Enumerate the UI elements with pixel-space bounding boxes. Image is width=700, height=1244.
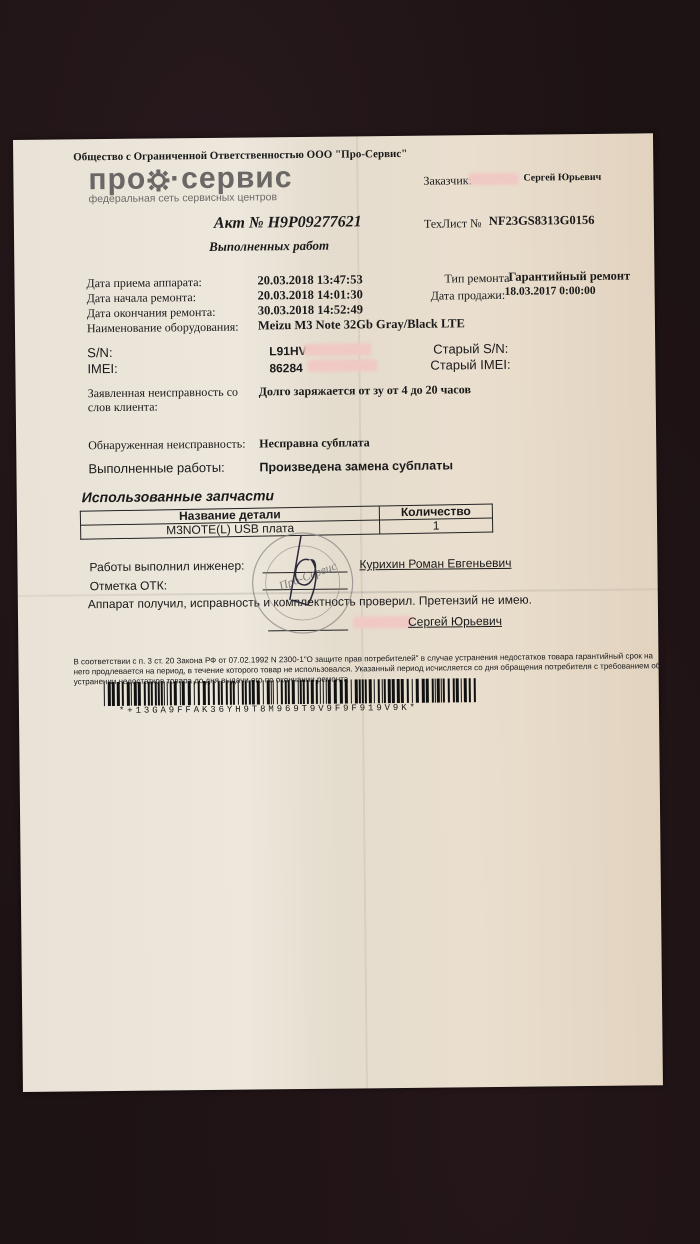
barcode-bar (303, 680, 305, 704)
company-logo: про·сервис федеральная сеть сервисных це… (88, 163, 292, 205)
barcode-bar (263, 680, 264, 704)
stamp-seal-icon: Про-Сервис (249, 529, 356, 636)
barcode-bar (194, 681, 195, 705)
equipment-value: Meizu M3 Note 32Gb Gray/Black LTE (258, 316, 465, 333)
barcode-bar (188, 681, 191, 705)
barcode-bar (464, 678, 467, 702)
sn-label: S/N: (87, 345, 112, 360)
barcode-bar (378, 679, 380, 703)
act-value: H9P09277621 (267, 213, 361, 231)
barcode-bar (198, 681, 200, 705)
barcode-bar (203, 681, 206, 705)
barcode-bar (164, 681, 165, 705)
found-fault-value: Несправна субплата (259, 435, 370, 451)
barcode-bar (448, 678, 450, 702)
barcode-bar (328, 680, 331, 704)
part-qty: 1 (379, 518, 492, 534)
barcode-bar (316, 680, 318, 704)
barcode-bar (218, 681, 220, 705)
barcode-bar (392, 679, 395, 703)
barcode-bar (238, 681, 239, 705)
redaction (353, 616, 413, 629)
barcode-bar (122, 682, 124, 706)
barcode-bar (112, 682, 115, 706)
gear-icon (147, 169, 169, 191)
barcode-bar (300, 680, 302, 704)
barcode-bar (320, 680, 321, 704)
act-subtitle: Выполненных работ (209, 238, 329, 255)
act-label: Акт № (214, 214, 264, 232)
old-imei-label: Старый IMEI: (430, 357, 510, 373)
barcode-text: *+13GA9FFAK36YH9T8M969T9V9F9F919V9K* (119, 703, 418, 716)
engineer-label: Работы выполнил инженер: (89, 559, 244, 575)
complaint-label: Заявленная неисправность со слов клиента… (88, 385, 239, 415)
barcode-bar (230, 681, 232, 705)
barcode-bar (334, 680, 337, 704)
barcode-bar (474, 678, 476, 702)
barcode-bar (345, 680, 348, 704)
barcode-bar (384, 679, 386, 703)
client-signature-name: Сергей Юрьевич (408, 614, 502, 629)
logo-tagline: федеральная сеть сервисных центров (89, 191, 293, 205)
work-done-value: Произведена замена субплаты (259, 458, 453, 474)
barcode-bar (397, 679, 400, 703)
engineer-value: Курихин Роман Евгеньевич (359, 556, 511, 572)
barcode-bar (432, 679, 434, 703)
logo-text-pro: про (88, 163, 146, 197)
customer-value: Сергей Юрьевич (523, 172, 601, 184)
sale-date-value: 18.03.2017 0:00:00 (505, 285, 596, 298)
repair-end-value: 30.03.2018 14:52:49 (258, 302, 363, 318)
techlist-value: NF23GS8313G0156 (489, 213, 595, 229)
act-number: Акт № H9P09277621 (214, 213, 362, 233)
sale-date-label: Дата продажи: (431, 288, 506, 304)
barcode-bar (151, 682, 153, 706)
barcode-bar (340, 680, 343, 704)
barcode-bar (273, 680, 274, 704)
barcode-bar (469, 678, 471, 702)
barcode-bar (453, 678, 455, 702)
barcode-bar (148, 682, 150, 706)
barcode-bar (277, 680, 278, 704)
barcode-bar (267, 680, 270, 704)
barcode-bar (155, 682, 157, 706)
received-label: Дата приема аппарата: (86, 275, 201, 291)
redaction (303, 343, 371, 356)
barcode-bar (242, 681, 244, 705)
redaction (468, 173, 518, 186)
barcode-bar (213, 681, 215, 705)
barcode-bar (359, 679, 361, 703)
customer-label: Заказчик: (423, 173, 472, 189)
barcode-bar (416, 679, 419, 703)
barcode-bar (144, 682, 146, 706)
barcode-bar (170, 681, 172, 705)
barcode-bar (134, 682, 137, 706)
barcode-bar (307, 680, 309, 704)
barcode-bar (108, 682, 111, 706)
repair-start-value: 20.03.2018 14:01:30 (258, 287, 363, 303)
barcode-bar (422, 679, 425, 703)
redaction (307, 359, 377, 372)
barcode-bar (127, 682, 130, 706)
barcode-bar (323, 680, 324, 704)
equipment-label: Наименование оборудования: (87, 320, 239, 337)
imei-label: IMEI: (87, 361, 117, 376)
barcode-bar (161, 681, 163, 705)
svg-text:Про-Сервис: Про-Сервис (276, 558, 339, 593)
barcode-bar (257, 680, 260, 704)
barcode-bar (362, 679, 364, 703)
work-done-label: Выполненные работы: (88, 460, 224, 476)
old-sn-label: Старый S/N: (433, 341, 508, 357)
barcode-bar (131, 682, 132, 706)
barcode-bar (461, 678, 462, 702)
barcode-bar (226, 681, 228, 705)
barcode-bar (351, 679, 352, 703)
barcode-bar (355, 679, 358, 703)
repair-type-label: Тип ремонта (444, 271, 509, 287)
barcode-bar (407, 679, 409, 703)
imei-value: 86284 (269, 361, 303, 375)
barcode-bar (374, 679, 375, 703)
complaint-value: Долго заряжается от зу от 4 до 20 часов (259, 382, 471, 399)
barcode-bar (281, 680, 283, 704)
barcode (104, 678, 479, 706)
barcode-bar (221, 681, 223, 705)
logo-text-service: сервис (181, 161, 293, 195)
barcode-bar (245, 681, 247, 705)
barcode-bar (401, 679, 404, 703)
barcode-bar (437, 679, 440, 703)
barcode-bar (182, 681, 185, 705)
repair-act-document: Общество с Ограниченной Ответственностью… (13, 133, 663, 1092)
barcode-bar (412, 679, 413, 703)
barcode-bar (104, 682, 105, 706)
barcode-bar (292, 680, 295, 704)
barcode-bar (388, 679, 391, 703)
barcode-bar (233, 681, 235, 705)
barcode-bar (138, 682, 141, 706)
barcode-bar (426, 679, 429, 703)
repair-end-label: Дата окончания ремонта: (87, 305, 216, 321)
otk-label: Отметка ОТК: (90, 578, 168, 593)
barcode-bar (443, 679, 445, 703)
barcode-bar (174, 681, 177, 705)
repair-type-value: Гарантийный ремонт (508, 269, 630, 285)
barcode-bar (369, 679, 372, 703)
barcode-bar (456, 678, 459, 702)
techlist-label: ТехЛист № (424, 216, 482, 232)
barcode-bar (167, 681, 168, 705)
barcode-bar (252, 680, 255, 704)
barcode-bar (285, 680, 287, 704)
barcode-bar (117, 682, 120, 706)
barcode-bar (311, 680, 314, 704)
barcode-bar (208, 681, 210, 705)
barcode-bar (249, 681, 251, 705)
repair-start-label: Дата начала ремонта: (87, 290, 197, 306)
barcode-bar (365, 679, 367, 703)
parts-title: Использованные запчасти (82, 487, 274, 505)
received-value: 20.03.2018 13:47:53 (257, 272, 362, 288)
sn-value: L91HV (269, 344, 307, 358)
found-fault-label: Обнаруженная неисправность: (88, 437, 246, 454)
barcode-bar (288, 680, 290, 704)
barcode-bar (158, 681, 160, 705)
